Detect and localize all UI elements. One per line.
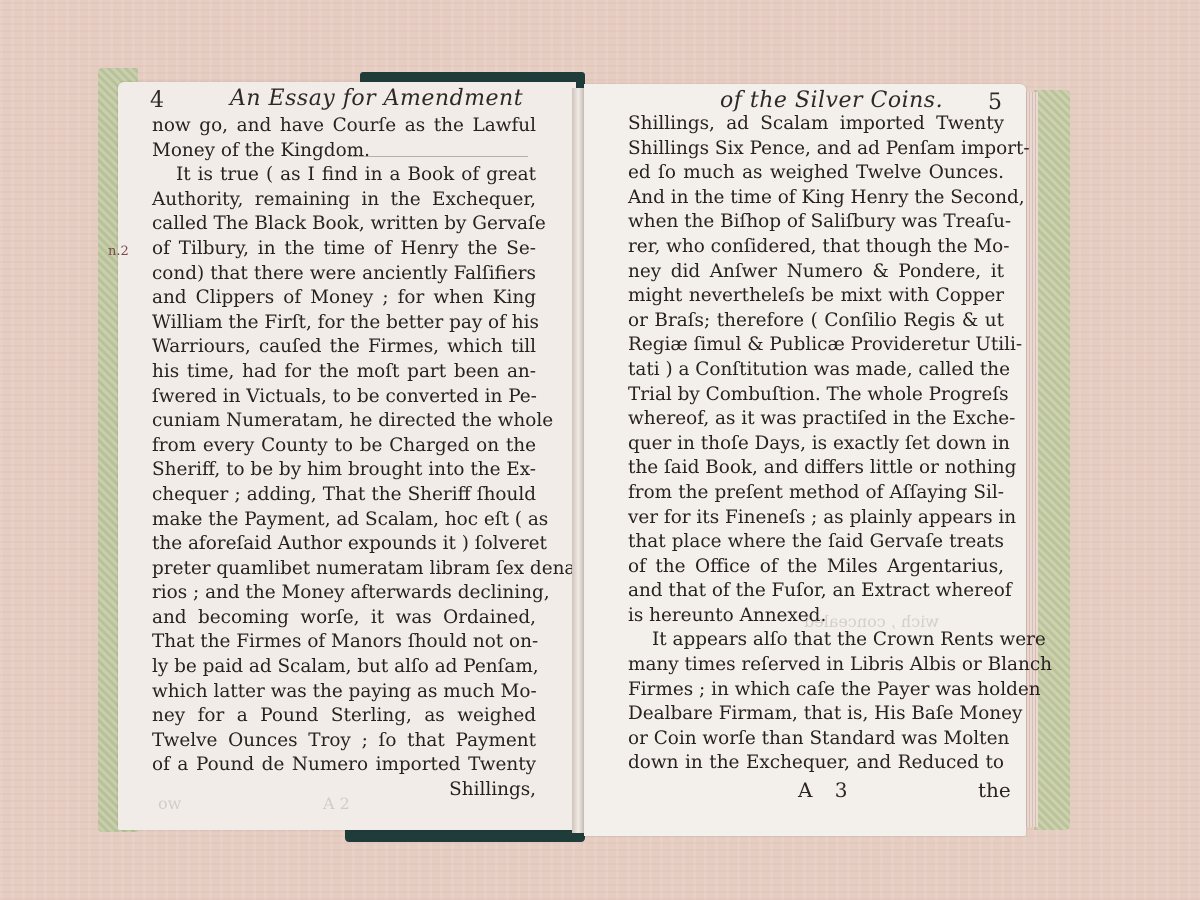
text-line: chequer ; adding, That the Sheriff ſhoul… bbox=[152, 483, 536, 508]
text-line: rer, who conſidered, that though the Mo- bbox=[628, 235, 1004, 260]
open-book: 4 An Essay for Amendment n.2 now go, and… bbox=[0, 0, 1200, 900]
text-line: or Braſs; therefore ( Conſilio Regis & u… bbox=[628, 309, 1004, 334]
text-line: of the Office of the Miles Argentarius, bbox=[628, 555, 1004, 580]
text-line: now go, and have Courſe as the Lawful bbox=[152, 114, 536, 139]
body-text: Shillings, ad Scalam imported TwentyShil… bbox=[628, 112, 1004, 776]
right-page: of the Silver Coins. 5 Shillings, ad Sca… bbox=[584, 84, 1026, 836]
text-line: down in the Exchequer, and Reduced to bbox=[628, 751, 1004, 776]
text-line: whereof, as it was practiſed in the Exch… bbox=[628, 407, 1004, 432]
text-line: That the Firmes of Manors ſhould not on- bbox=[152, 630, 536, 655]
text-line: ed ſo much as weighed Twelve Ounces. bbox=[628, 161, 1004, 186]
text-line: many times reſerved in Libris Albis or B… bbox=[628, 653, 1004, 678]
text-line: Firmes ; in which caſe the Payer was hol… bbox=[628, 678, 1004, 703]
text-line: that place where the ſaid Gervaſe treats bbox=[628, 530, 1004, 555]
text-line: might nevertheleſs be mixt with Copper bbox=[628, 284, 1004, 309]
text-line: rios ; and the Money afterwards declinin… bbox=[152, 581, 536, 606]
text-line: Authority, remaining in the Exchequer, bbox=[152, 188, 536, 213]
text-line: of a Pound de Numero imported Twenty bbox=[152, 753, 536, 778]
text-line: which latter was the paying as much Mo- bbox=[152, 680, 536, 705]
text-line: ver for its Fineneſs ; as plainly appear… bbox=[628, 506, 1004, 531]
text-line: and becoming worſe, it was Ordained, bbox=[152, 606, 536, 631]
page-stack-edge bbox=[1024, 92, 1038, 827]
text-line: Dealbare Firmam, that is, His Baſe Money bbox=[628, 702, 1004, 727]
catchword: the bbox=[978, 778, 1011, 802]
show-through-text: wich , concealed bbox=[804, 612, 939, 631]
text-line: Trial by Combuſtion. The whole Progreſs bbox=[628, 383, 1004, 408]
text-line: when the Biſhop of Saliſbury was Treaſu- bbox=[628, 210, 1004, 235]
text-line: called The Black Book, written by Gervaſ… bbox=[152, 212, 536, 237]
text-line: Twelve Ounces Troy ; ſo that Payment bbox=[152, 729, 536, 754]
text-line: quer in thoſe Days, is exactly ſet down … bbox=[628, 432, 1004, 457]
margin-note: n.2 bbox=[108, 244, 129, 259]
spine-bottom bbox=[345, 828, 585, 842]
text-line: the ſaid Book, and differs little or not… bbox=[628, 456, 1004, 481]
text-line: from the preſent method of Aſſaying Sil- bbox=[628, 481, 1004, 506]
page-number: 4 bbox=[150, 88, 164, 113]
text-line: his time, had for the moſt part been an- bbox=[152, 360, 536, 385]
text-line: preter quamlibet numeratam libram ſex de… bbox=[152, 557, 536, 582]
text-line: Money of the Kingdom. bbox=[152, 139, 536, 164]
text-line: Regiæ ſimul & Publicæ Provideretur Utili… bbox=[628, 333, 1004, 358]
text-line: ney did Anſwer Numero & Pondere, it bbox=[628, 260, 1004, 285]
text-line: Sheriff, to be by him brought into the E… bbox=[152, 458, 536, 483]
text-line: and that of the Fuſor, an Extract whereo… bbox=[628, 579, 1004, 604]
text-line: Warriours, cauſed the Firmes, which till bbox=[152, 335, 536, 360]
text-line: from every County to be Charged on the bbox=[152, 434, 536, 459]
text-line: Shillings Six Pence, and ad Penſam impor… bbox=[628, 137, 1004, 162]
text-line: cond) that there were anciently Falſifie… bbox=[152, 262, 536, 287]
marbled-cover-right bbox=[1034, 90, 1070, 830]
text-line: And in the time of King Henry the Second… bbox=[628, 186, 1004, 211]
left-page: 4 An Essay for Amendment n.2 now go, and… bbox=[118, 82, 576, 830]
text-line: ſwered in Victuals, to be converted in P… bbox=[152, 385, 536, 410]
show-through-signature: A 2 bbox=[323, 794, 350, 813]
text-line: of Tilbury, in the time of Henry the Se- bbox=[152, 237, 536, 262]
body-text: now go, and have Courſe as the LawfulMon… bbox=[152, 114, 536, 803]
text-line: It appears alſo that the Crown Rents wer… bbox=[628, 628, 1004, 653]
running-head: of the Silver Coins. bbox=[720, 88, 943, 113]
text-line: the aforeſaid Author expounds it ) ſolve… bbox=[152, 532, 536, 557]
running-head: An Essay for Amendment bbox=[230, 86, 523, 111]
text-line: cuniam Numeratam, he directed the whole bbox=[152, 409, 536, 434]
signature-mark: A 3 bbox=[798, 778, 856, 802]
text-line: It is true ( as I find in a Book of grea… bbox=[152, 163, 536, 188]
text-line: ly be paid ad Scalam, but alſo ad Penſam… bbox=[152, 655, 536, 680]
show-through-text: ow bbox=[158, 794, 181, 813]
text-line: or Coin worſe than Standard was Molten bbox=[628, 727, 1004, 752]
text-line: and Clippers of Money ; for when King bbox=[152, 286, 536, 311]
text-line: ney for a Pound Sterling, as weighed bbox=[152, 704, 536, 729]
text-line: make the Payment, ad Scalam, hoc eſt ( a… bbox=[152, 508, 536, 533]
text-line: William the Firſt, for the better pay of… bbox=[152, 311, 536, 336]
text-line: Shillings, ad Scalam imported Twenty bbox=[628, 112, 1004, 137]
text-line: tati ) a Conſtitution was made, called t… bbox=[628, 358, 1004, 383]
